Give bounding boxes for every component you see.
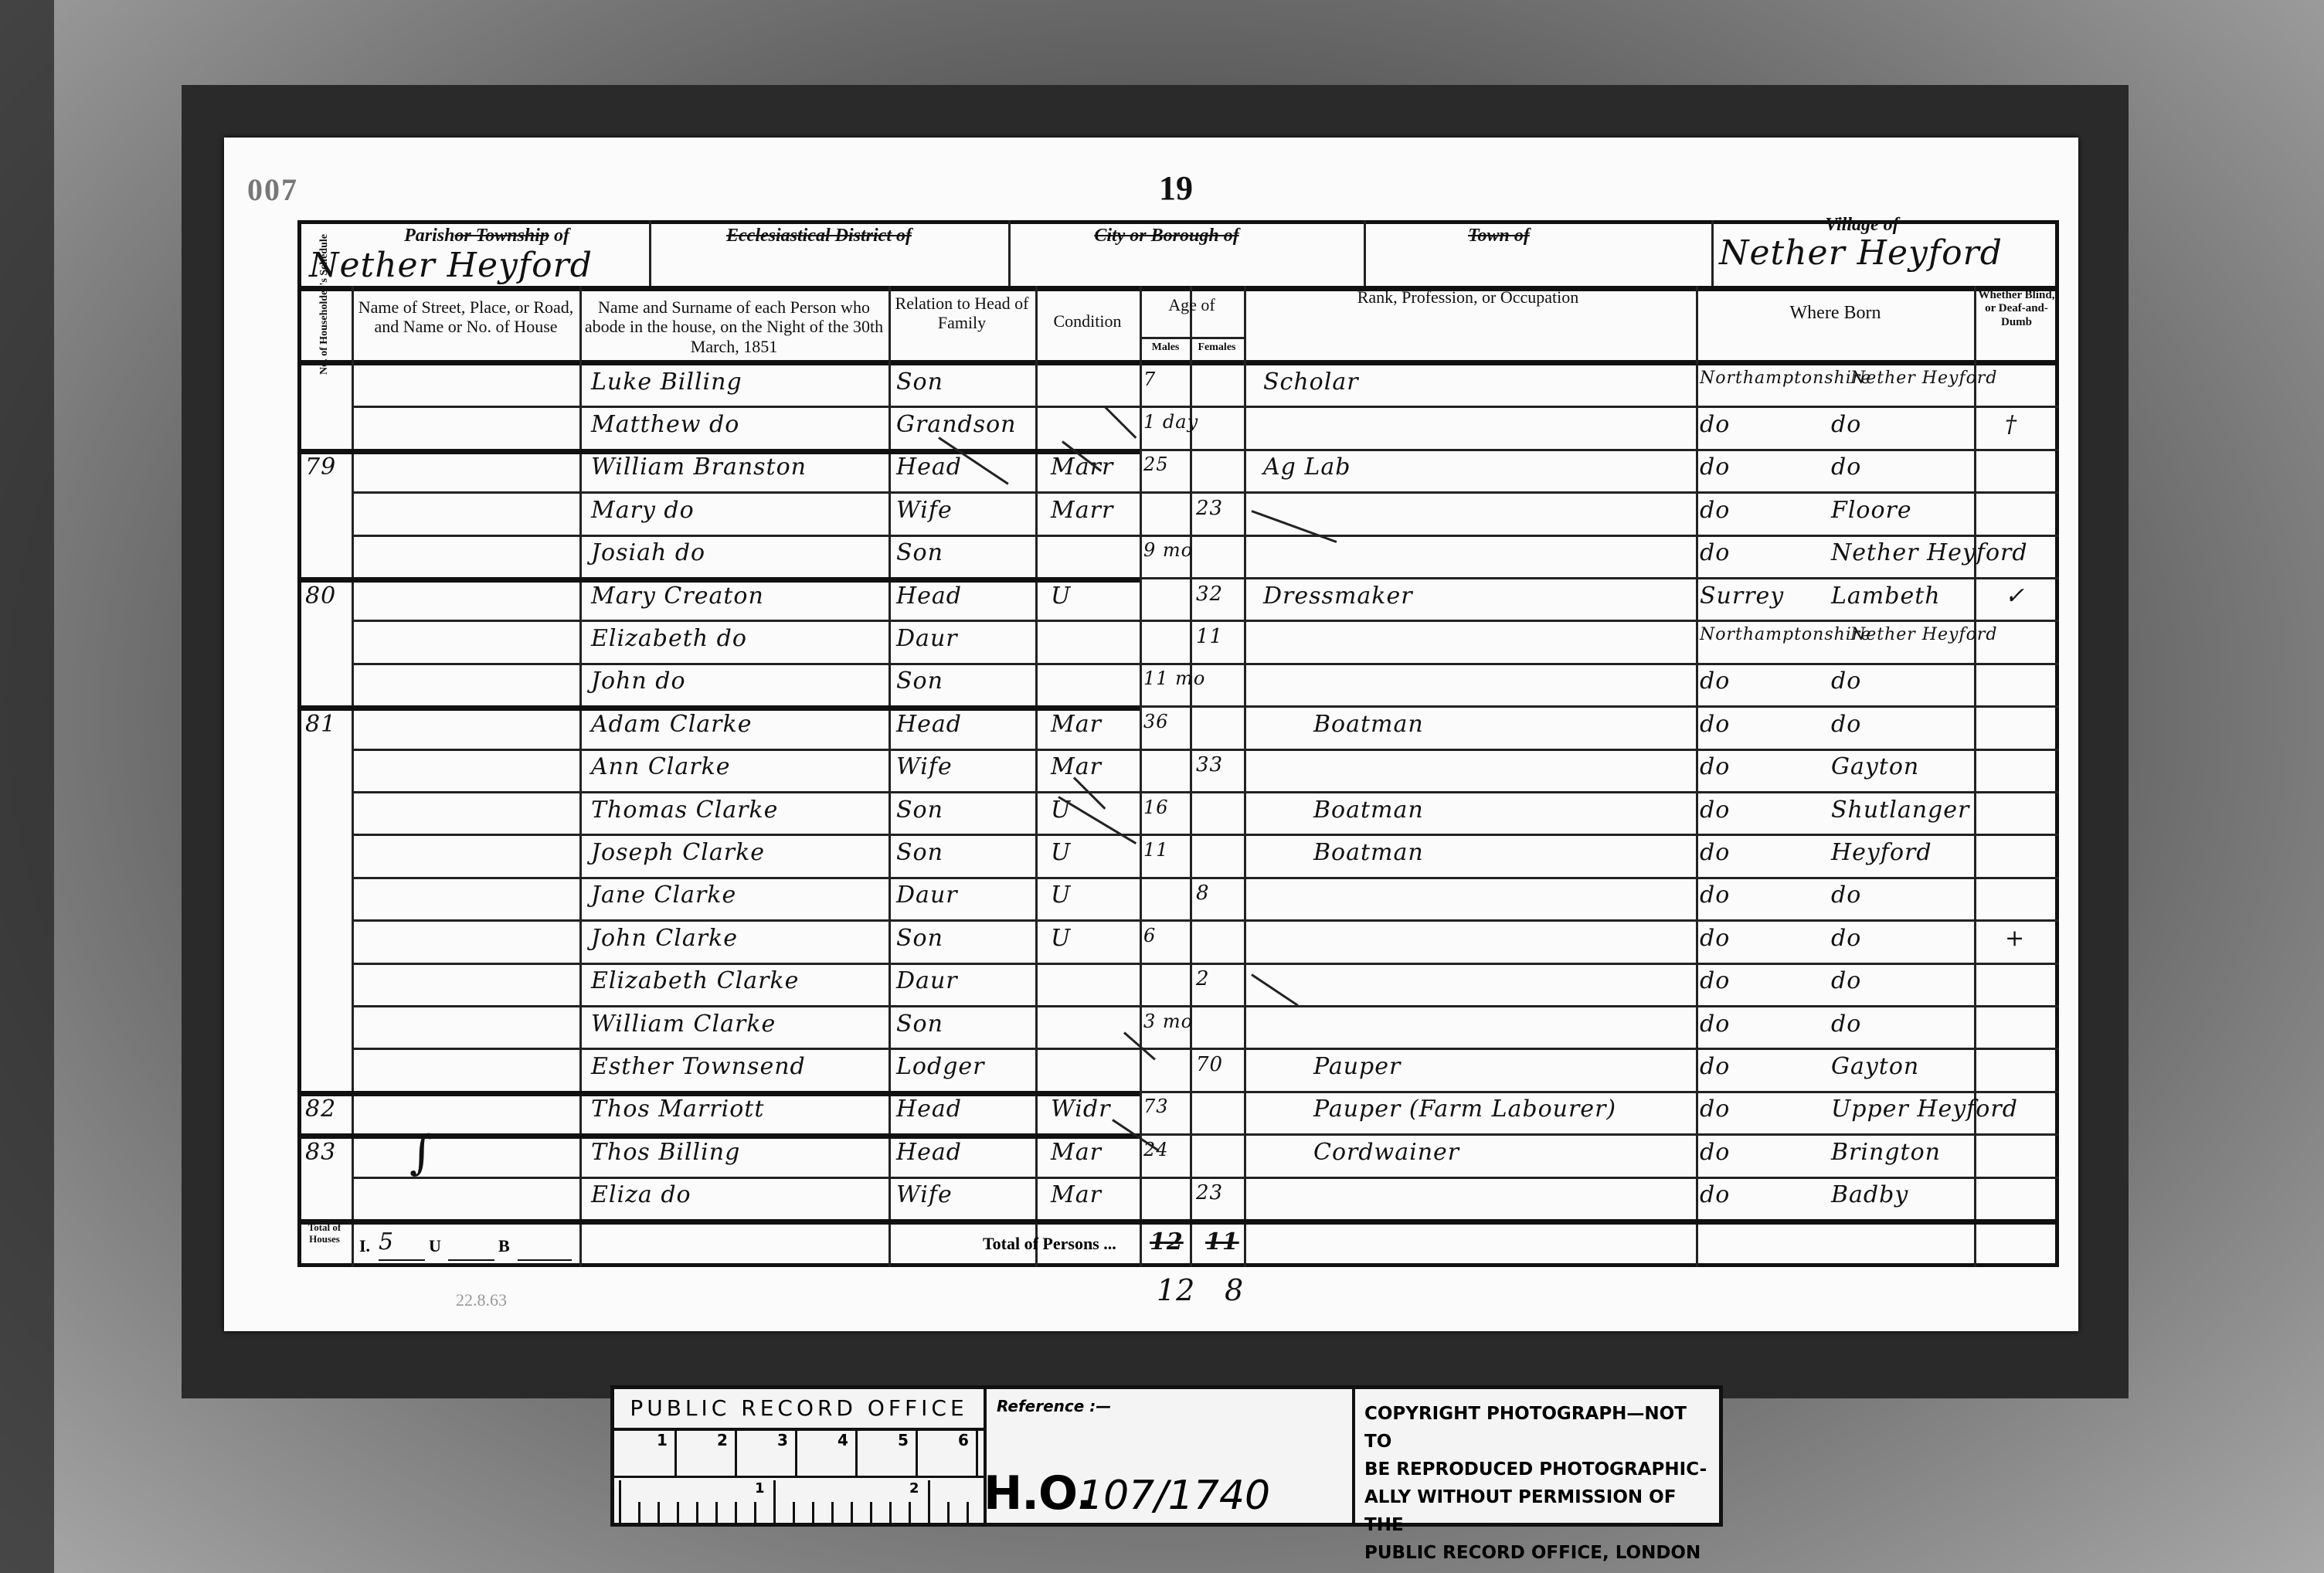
ruler-inch-tick xyxy=(657,1502,660,1524)
col-name-header: Name and Surname of each Person who abod… xyxy=(581,297,887,356)
occupation: Boatman xyxy=(1313,797,1424,824)
scale-ruler: 12345612 xyxy=(614,1428,987,1524)
total-females-corrected: 8 xyxy=(1225,1273,1244,1307)
relation-to-head: Daur xyxy=(896,882,958,909)
column-divider xyxy=(1035,286,1038,1267)
relation-to-head: Son xyxy=(896,797,943,824)
ruler-inch-tick xyxy=(715,1502,718,1524)
schedule-number: 82 xyxy=(305,1096,336,1123)
ruler-inch-tick xyxy=(889,1502,892,1524)
age-male: 16 xyxy=(1143,797,1169,818)
age-male: 7 xyxy=(1143,369,1156,390)
condition: U xyxy=(1051,925,1071,952)
ruler-inch-tick xyxy=(793,1502,795,1524)
schedule-number: 80 xyxy=(305,583,336,610)
row-rule xyxy=(1140,1133,2059,1136)
col-condition-header: Condition xyxy=(1037,311,1138,331)
relation-to-head: Son xyxy=(896,839,943,866)
birth-parish: Badby xyxy=(1831,1181,1908,1208)
pro-reference-label: PUBLIC RECORD OFFICE 12345612 Reference … xyxy=(610,1385,1723,1527)
person-name: Luke Billing xyxy=(591,369,742,396)
blind-deaf-mark: ✓ xyxy=(2005,583,2025,610)
relation-to-head: Wife xyxy=(896,753,953,780)
ruler-inch-tick xyxy=(754,1502,756,1524)
person-name: Matthew do xyxy=(591,411,739,438)
birth-parish: do xyxy=(1831,882,1861,909)
ruler-cm-label: 4 xyxy=(838,1431,848,1449)
total-males-struck: 12 xyxy=(1150,1228,1184,1255)
copyright-notice: COPYRIGHT PHOTOGRAPH—NOT TOBE REPRODUCED… xyxy=(1352,1389,1723,1524)
header-divider xyxy=(1711,220,1714,286)
folio-mark: 007 xyxy=(247,172,298,208)
condition: U xyxy=(1051,583,1071,610)
city-borough-label: City or Borough of xyxy=(1012,226,1321,247)
uninhabited-underline xyxy=(448,1259,494,1261)
relation-to-head: Son xyxy=(896,539,943,566)
relation-to-head: Lodger xyxy=(896,1053,985,1080)
birth-county: do xyxy=(1700,497,1730,524)
ruler-divider xyxy=(614,1476,984,1478)
ruler-inch-tick xyxy=(619,1480,621,1524)
row-rule xyxy=(352,877,2059,879)
total-houses-label: Total of Houses xyxy=(300,1222,349,1245)
birth-county: do xyxy=(1700,1096,1730,1123)
birth-county: do xyxy=(1700,454,1730,481)
col-occupation-header: Rank, Profession, or Occupation xyxy=(1313,287,1622,307)
birth-parish: do xyxy=(1831,1011,1861,1038)
person-name: Ann Clarke xyxy=(591,753,731,780)
relation-to-head: Son xyxy=(896,668,943,695)
age-male: 25 xyxy=(1143,454,1169,475)
ruler-inch-label: 1 xyxy=(755,1480,765,1497)
ruler-inch-tick xyxy=(812,1502,814,1524)
row-rule xyxy=(352,1048,2059,1050)
birth-parish: do xyxy=(1831,454,1861,481)
column-divider xyxy=(1244,286,1246,1267)
birth-parish: Upper Heyford xyxy=(1831,1096,2018,1123)
person-name: Josiah do xyxy=(591,539,705,566)
ruler-cm-tick xyxy=(855,1428,858,1476)
occupation: Dressmaker xyxy=(1263,583,1413,610)
ruler-cm-tick xyxy=(976,1428,978,1476)
person-name: Eliza do xyxy=(591,1181,691,1208)
row-rule xyxy=(352,1005,2059,1007)
age-female: 23 xyxy=(1196,1181,1223,1204)
person-name: William Branston xyxy=(591,454,807,481)
ruler-inch-tick xyxy=(831,1502,834,1524)
row-rule xyxy=(352,834,2059,836)
occupation: Pauper (Farm Labourer) xyxy=(1313,1096,1616,1123)
age-male: 1 day xyxy=(1143,411,1198,433)
birth-parish: Brington xyxy=(1831,1139,1941,1166)
relation-to-head: Wife xyxy=(896,497,953,524)
condition: Mar xyxy=(1051,1181,1102,1208)
reference-number: 107/1740 xyxy=(1078,1473,1270,1519)
header-divider xyxy=(1008,220,1011,286)
relation-to-head: Head xyxy=(896,454,962,481)
occupation: Ag Lab xyxy=(1263,454,1351,481)
row-rule xyxy=(1140,705,2059,708)
village-value: Nether Heyford xyxy=(1719,233,2003,273)
ruler-inch-tick xyxy=(735,1502,737,1524)
street-name: ∫ xyxy=(409,1126,434,1180)
ruler-inch-tick xyxy=(870,1502,872,1524)
col-where-born-header: Where Born xyxy=(1698,303,1972,324)
row-rule xyxy=(352,749,2059,751)
row-rule xyxy=(352,535,2059,537)
ruler-cm-tick xyxy=(674,1428,677,1476)
copyright-line: PUBLIC RECORD OFFICE, LONDON xyxy=(1364,1539,1715,1567)
total-females-struck: 11 xyxy=(1205,1228,1239,1255)
person-name: Thomas Clarke xyxy=(591,797,778,824)
relation-to-head: Grandson xyxy=(896,411,1017,438)
age-male: 6 xyxy=(1143,925,1156,946)
parish-value: Nether Heyford xyxy=(309,246,593,285)
occupation: Cordwainer xyxy=(1313,1139,1459,1166)
relation-to-head: Head xyxy=(896,1139,962,1166)
person-name: Joseph Clarke xyxy=(591,839,765,866)
age-female: 32 xyxy=(1196,583,1223,606)
column-header-rule xyxy=(297,360,2059,365)
town-label: Town of xyxy=(1383,226,1615,247)
column-divider xyxy=(1190,286,1192,1267)
occupation: Pauper xyxy=(1313,1053,1401,1080)
row-rule xyxy=(1140,577,2059,579)
ruler-inch-tick xyxy=(967,1502,969,1524)
age-female: 8 xyxy=(1196,882,1210,905)
person-name: Elizabeth Clarke xyxy=(591,967,799,994)
row-rule xyxy=(352,919,2059,922)
age-male: 11 xyxy=(1143,839,1169,861)
header-divider xyxy=(1364,220,1366,286)
relation-to-head: Head xyxy=(896,711,962,738)
col-street-header: Name of Street, Place, or Road, and Name… xyxy=(354,297,578,337)
age-male: 9 mo xyxy=(1143,539,1193,561)
age-male: 3 mo xyxy=(1143,1011,1193,1032)
reference-prefix: H.O. xyxy=(984,1466,1093,1520)
copyright-line: COPYRIGHT PHOTOGRAPH—NOT TO xyxy=(1364,1400,1715,1456)
birth-parish: Gayton xyxy=(1831,753,1919,780)
ruler-cm-tick xyxy=(916,1428,918,1476)
ruler-inch-tick xyxy=(947,1502,950,1524)
row-rule xyxy=(352,406,2059,408)
total-persons-label: Total of Persons ... xyxy=(983,1234,1116,1254)
birth-county: do xyxy=(1700,1053,1730,1080)
birth-county: do xyxy=(1700,839,1730,866)
occupation: Boatman xyxy=(1313,839,1424,866)
birth-parish: Shutlanger xyxy=(1831,797,1969,824)
row-rule xyxy=(352,791,2059,793)
birth-county: do xyxy=(1700,411,1730,438)
schedule-number: 83 xyxy=(305,1139,336,1166)
birth-parish: do xyxy=(1831,668,1861,695)
relation-to-head: Son xyxy=(896,369,943,396)
row-rule xyxy=(352,491,2059,494)
column-divider xyxy=(579,286,582,1267)
birth-parish: Nether Heyford xyxy=(1850,625,1997,644)
column-divider xyxy=(1140,286,1142,1267)
parish-label: Parishor Township of xyxy=(371,226,603,247)
birth-parish: do xyxy=(1831,967,1861,994)
ruler-inch-tick xyxy=(696,1502,698,1524)
ruler-cm-tick xyxy=(735,1428,737,1476)
person-name: Mary do xyxy=(591,497,695,524)
birth-county: do xyxy=(1700,1181,1730,1208)
person-name: John Clarke xyxy=(591,925,738,952)
ecclesiastical-district-label: Ecclesiastical District of xyxy=(664,226,973,247)
condition: U xyxy=(1051,797,1071,824)
relation-to-head: Daur xyxy=(896,625,958,652)
blind-deaf-mark: + xyxy=(2005,925,2025,952)
ruler-inch-tick xyxy=(677,1502,679,1524)
birth-parish: do xyxy=(1831,411,1861,438)
building-label: B xyxy=(498,1236,510,1256)
reference-label: Reference :— xyxy=(997,1397,1111,1415)
row-rule xyxy=(352,620,2059,622)
birth-parish: Floore xyxy=(1831,497,1912,524)
occupation: Scholar xyxy=(1263,369,1359,396)
person-name: Mary Creaton xyxy=(591,583,764,610)
ruler-inch-tick xyxy=(773,1480,776,1524)
age-female: 2 xyxy=(1196,967,1210,990)
age-male: 73 xyxy=(1143,1096,1169,1117)
ruler-cm-label: 1 xyxy=(657,1431,668,1449)
age-male: 36 xyxy=(1143,711,1169,732)
schedule-number: 79 xyxy=(305,454,336,481)
ruler-inch-tick xyxy=(638,1502,640,1524)
condition: U xyxy=(1051,839,1071,866)
birth-county: Surrey xyxy=(1700,583,1784,610)
birth-county: do xyxy=(1700,882,1730,909)
pro-title: PUBLIC RECORD OFFICE xyxy=(614,1389,987,1431)
birth-county: Northamptonshire xyxy=(1700,369,1871,388)
copyright-line: ALLY WITHOUT PERMISSION OF THE xyxy=(1364,1483,1715,1539)
side-stamp: 22.8.63 xyxy=(456,1290,507,1310)
ruler-cm-label: 2 xyxy=(717,1431,728,1449)
birth-county: do xyxy=(1700,797,1730,824)
uninhabited-label: U xyxy=(429,1236,441,1256)
birth-county: do xyxy=(1700,967,1730,994)
column-divider xyxy=(1696,286,1698,1267)
condition: Mar xyxy=(1051,1139,1102,1166)
column-divider xyxy=(888,286,891,1267)
age-female: 11 xyxy=(1196,625,1223,648)
birth-parish: Nether Heyford xyxy=(1831,539,2028,566)
col-schedule-header: No. of Householder's Schedule xyxy=(318,274,331,375)
relation-to-head: Son xyxy=(896,925,943,952)
building-underline xyxy=(518,1259,572,1261)
row-rule xyxy=(1140,449,2059,451)
birth-parish: Lambeth xyxy=(1831,583,1941,610)
birth-county: do xyxy=(1700,925,1730,952)
birth-parish: do xyxy=(1831,711,1861,738)
page-number: 19 xyxy=(1159,168,1193,208)
relation-to-head: Daur xyxy=(896,967,958,994)
birth-county: do xyxy=(1700,1011,1730,1038)
inhabited-value: 5 xyxy=(379,1228,394,1255)
relation-to-head: Head xyxy=(896,1096,962,1123)
occupation: Boatman xyxy=(1313,711,1424,738)
birth-county: do xyxy=(1700,711,1730,738)
ruler-inch-label: 2 xyxy=(909,1480,919,1497)
age-subheader-rule xyxy=(1141,337,1244,339)
film-edge xyxy=(0,0,54,1573)
schedule-number: 81 xyxy=(305,711,336,738)
birth-parish: Nether Heyford xyxy=(1850,369,1997,388)
birth-parish: do xyxy=(1831,925,1861,952)
birth-parish: Heyford xyxy=(1831,839,1932,866)
age-female: 23 xyxy=(1196,497,1223,520)
birth-parish: Gayton xyxy=(1831,1053,1919,1080)
inhabited-label: I. xyxy=(359,1236,370,1256)
birth-county: do xyxy=(1700,1139,1730,1166)
person-name: John do xyxy=(591,668,686,695)
condition: Mar xyxy=(1051,753,1102,780)
header-divider xyxy=(649,220,651,286)
col-age-header: Age of xyxy=(1141,295,1242,314)
age-female: 33 xyxy=(1196,753,1223,776)
relation-to-head: Head xyxy=(896,583,962,610)
condition: U xyxy=(1051,882,1071,909)
person-name: Adam Clarke xyxy=(591,711,752,738)
person-name: Thos Billing xyxy=(591,1139,740,1166)
person-name: Elizabeth do xyxy=(591,625,747,652)
totals-rule xyxy=(297,1219,2059,1225)
col-females-header: Females xyxy=(1191,341,1242,354)
blind-deaf-mark: † xyxy=(2005,411,2017,438)
column-divider xyxy=(352,286,354,1267)
birth-county: do xyxy=(1700,539,1730,566)
person-name: Esther Townsend xyxy=(591,1053,806,1080)
relation-to-head: Wife xyxy=(896,1181,953,1208)
col-males-header: Males xyxy=(1141,341,1190,354)
ruler-cm-label: 6 xyxy=(958,1431,969,1449)
person-name: Thos Marriott xyxy=(591,1096,764,1123)
condition: Widr xyxy=(1051,1096,1110,1123)
relation-to-head: Son xyxy=(896,1011,943,1038)
row-rule xyxy=(1140,1091,2059,1093)
row-rule xyxy=(352,1177,2059,1179)
row-rule xyxy=(352,963,2059,965)
age-male: 11 mo xyxy=(1143,668,1205,689)
condition: Mar xyxy=(1051,711,1102,738)
inhabited-underline xyxy=(379,1259,425,1261)
ruler-inch-tick xyxy=(928,1480,930,1524)
ruler-inch-tick xyxy=(851,1502,853,1524)
condition: Marr xyxy=(1051,497,1113,524)
ruler-cm-label: 3 xyxy=(777,1431,788,1449)
person-name: William Clarke xyxy=(591,1011,776,1038)
total-males-corrected: 12 xyxy=(1157,1273,1195,1307)
ruler-cm-label: 5 xyxy=(898,1431,909,1449)
ruler-cm-tick xyxy=(795,1428,797,1476)
birth-county: do xyxy=(1700,668,1730,695)
birth-county: Northamptonshire xyxy=(1700,625,1871,644)
header-rule xyxy=(297,286,2059,291)
row-rule xyxy=(352,663,2059,665)
age-female: 70 xyxy=(1196,1053,1223,1076)
birth-county: do xyxy=(1700,753,1730,780)
person-name: Jane Clarke xyxy=(591,882,736,909)
copyright-line: BE REPRODUCED PHOTOGRAPHIC- xyxy=(1364,1456,1715,1483)
ruler-inch-tick xyxy=(909,1502,911,1524)
col-relation-header: Relation to Head of Family xyxy=(890,294,1034,333)
col-blind-deaf-header: Whether Blind, or Deaf-and-Dumb xyxy=(1976,289,2057,329)
